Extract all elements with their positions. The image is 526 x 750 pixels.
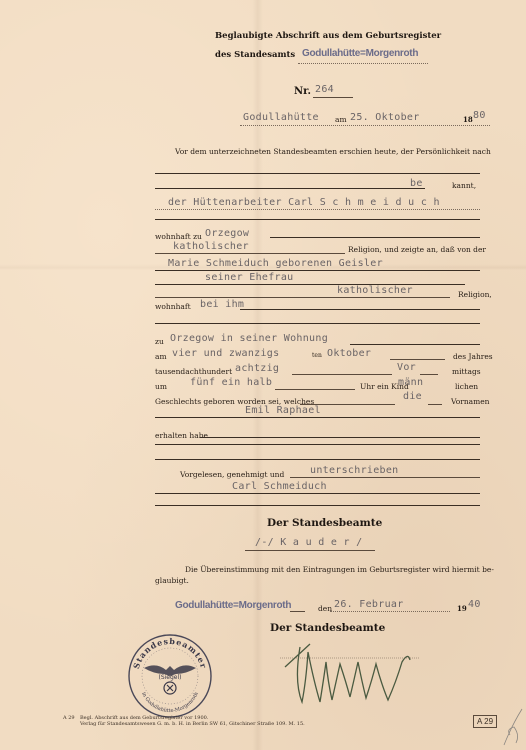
form-line: [155, 188, 425, 189]
relation: seiner Ehefrau: [205, 272, 294, 283]
residence-label: wohnhaft zu: [155, 232, 202, 241]
form-line: [155, 209, 480, 210]
form-line: [155, 323, 480, 324]
received-label: erhalten habe.: [155, 431, 210, 440]
registry-office-line: [298, 63, 428, 64]
date-prefix: am: [335, 115, 347, 124]
form-line: [270, 237, 480, 238]
read-label: Vorgelesen, genehmigt und: [180, 470, 284, 479]
registry-place: Godullahütte: [243, 112, 319, 123]
time-ampm-label: mittags: [452, 367, 481, 376]
official-signature: /-/ K a u d e r /: [255, 537, 362, 548]
form-line: [155, 219, 480, 220]
form-code-box: A 29: [473, 715, 497, 728]
signature-scrawl-icon: [280, 642, 440, 712]
signer-name: Carl Schmeiduch: [232, 481, 327, 492]
certification-text-cont: glaubigt.: [155, 576, 189, 585]
time-label: um: [155, 382, 167, 391]
certification-official-heading: Der Standesbeamte: [270, 622, 385, 634]
child-sex-suffix: lichen: [455, 382, 478, 391]
form-line: [275, 389, 355, 390]
form-line: [155, 417, 480, 418]
form-line: [155, 284, 465, 285]
religion-declarant: katholischer: [173, 241, 249, 252]
svg-text:Standesbeamter: Standesbeamter: [131, 636, 209, 670]
birth-day-suffix: ten: [312, 352, 322, 359]
document-title: Beglaubigte Abschrift aus dem Geburtsreg…: [215, 31, 441, 41]
number-label: Nr.: [294, 86, 311, 97]
year-prefix: 18: [463, 115, 473, 124]
date-line: [240, 125, 490, 126]
svg-text:(Siegel): (Siegel): [158, 674, 181, 681]
form-line: [420, 374, 438, 375]
declarant-name: der Hüttenarbeiter Carl S c h m e i d u …: [168, 197, 440, 208]
certification-year: 40: [468, 599, 481, 610]
religion-mother: katholischer: [337, 285, 413, 296]
registry-office-stamp: Godullahütte=Morgenroth: [302, 48, 418, 59]
registry-office-label: des Standesamts: [215, 50, 295, 60]
known-label: kannt,: [452, 181, 476, 190]
birth-day-label: am: [155, 352, 167, 361]
mother-name: Marie Schmeiduch geborenen Geisler: [168, 258, 383, 269]
form-intro: Vor dem unterzeichneten Standesbeamten e…: [175, 147, 491, 156]
form-line: [155, 493, 480, 494]
register-number: 264: [315, 84, 334, 95]
form-line: [350, 344, 480, 345]
known-fill: be: [410, 178, 423, 189]
form-line: [155, 505, 480, 506]
given-names: Emil Raphael: [245, 405, 321, 416]
form-line: [390, 359, 445, 360]
birth-day: vier und zwanzigs: [172, 348, 279, 359]
form-line: [155, 444, 480, 445]
birthplace-label: zu: [155, 337, 164, 346]
official-seal: Standesbeamter in Godullahütte-Morgenrot…: [126, 632, 214, 720]
form-line: [200, 437, 480, 438]
number-line: [313, 97, 353, 98]
residence2-value: bei ihm: [200, 299, 244, 310]
registry-date: 25. Oktober: [350, 112, 420, 123]
birthplace-value: Orzegow in seiner Wohnung: [170, 333, 328, 344]
time-ampm: Vor: [397, 362, 416, 373]
official-heading: Der Standesbeamte: [267, 517, 382, 529]
footer-line2: Verlag für Standesamtswesen G. m. b. H. …: [80, 721, 305, 727]
birth-year: achtzig: [235, 363, 279, 374]
child-sex: männ: [398, 377, 423, 388]
birth-year-prefix: tausendachthundert: [155, 367, 232, 376]
form-line: [290, 477, 480, 478]
form-line: [155, 459, 480, 460]
form-line: [155, 270, 480, 271]
residence2-label: wohnhaft: [155, 302, 191, 311]
article-value: die: [403, 391, 422, 402]
pencil-mark-icon: [500, 705, 526, 750]
religion2-label: Religion,: [458, 290, 492, 299]
religion-label: Religion, und zeigte an, daß von der: [348, 245, 486, 254]
form-line: [155, 253, 345, 254]
official-handwritten-signature: [280, 642, 440, 716]
birth-month: Oktober: [327, 348, 371, 359]
certification-place-stamp: Godullahütte=Morgenroth: [175, 600, 291, 611]
footer-form-code: A 29: [63, 715, 75, 721]
certification-date: 26. Februar: [334, 599, 404, 610]
form-line: [240, 309, 480, 310]
form-line: [155, 297, 450, 298]
residence-value: Orzegow: [205, 228, 249, 239]
certification-text: Die Übereinstimmung mit den Eintragungen…: [185, 565, 494, 574]
time-value: fünf ein halb: [190, 377, 272, 388]
form-line: [155, 173, 480, 174]
birth-year-label: des Jahres: [453, 352, 493, 361]
given-names-label: Vornamen: [451, 397, 490, 406]
read-value: unterschrieben: [310, 465, 399, 476]
form-line: [290, 611, 305, 612]
form-line: [428, 404, 442, 405]
signature-line: [245, 550, 375, 551]
form-line: [292, 374, 392, 375]
registry-year: 80: [473, 110, 486, 121]
pencil-annotation: [500, 705, 526, 750]
form-line: [330, 611, 450, 612]
certification-year-prefix: 19: [457, 604, 467, 613]
seal-eagle-icon: Standesbeamter in Godullahütte-Morgenrot…: [126, 632, 214, 720]
